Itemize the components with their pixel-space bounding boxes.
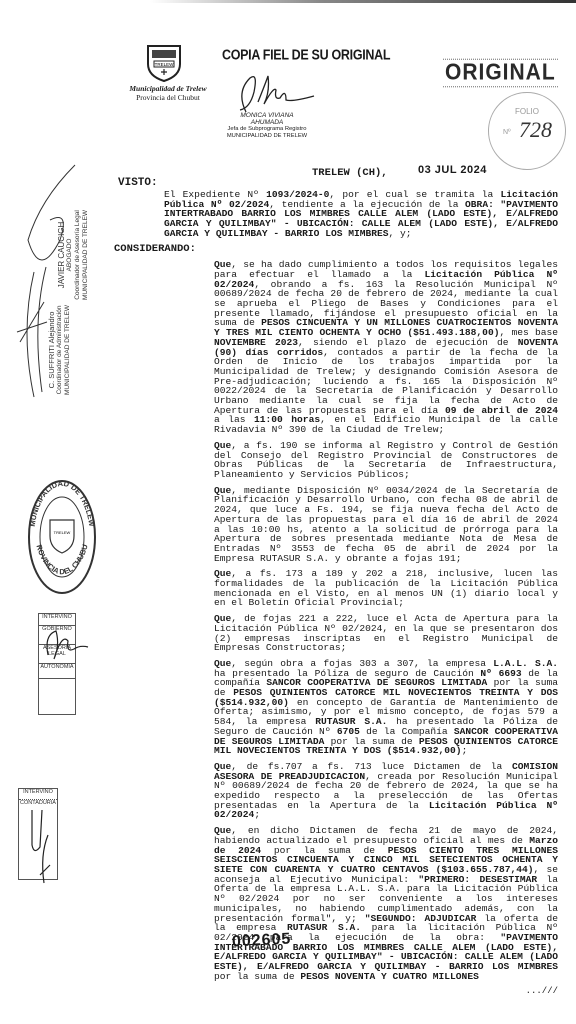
svg-text:MUNICIPALIDAD DE TRELEW: MUNICIPALIDAD DE TRELEW <box>28 479 97 528</box>
bold-text: PESOS NOVENTA Y CUATRO MILLONES <box>300 971 478 982</box>
folio-label: FOLIO <box>515 107 539 116</box>
signature-icon <box>228 72 318 116</box>
folio-number: 728 <box>519 117 552 143</box>
box1-row-4: AUTONOMIA <box>39 664 75 679</box>
considerando-paragraph: Que, de fojas 221 a 222, luce el Acta de… <box>114 614 558 653</box>
continuation-mark: .../// <box>114 987 558 997</box>
signer-role: Jefa de Subprograma Registro <box>226 126 308 133</box>
municipality-name: Municipalidad de Trelew <box>118 84 218 93</box>
signer-entity: MUNICIPALIDAD DE TRELEW <box>226 133 308 140</box>
considerando-paragraphs: Que, se ha dado cumplimiento a todos los… <box>114 260 558 981</box>
visto-paragraph: El Expediente Nº 1093/2024-0, por el cua… <box>114 190 558 239</box>
signer-name: MONICA VIVIANA AHUMADA <box>226 112 308 126</box>
text-run: ; <box>254 809 260 820</box>
admin-coordinator-role: Coordinador de Administración <box>56 305 64 395</box>
contaduria-signature-icon <box>20 805 60 885</box>
svg-text:TRELEW: TRELEW <box>54 530 71 535</box>
text-run: , y; <box>389 228 412 239</box>
considerando-paragraph: Que, se ha dado cumplimiento a todos los… <box>114 260 558 435</box>
considerando-paragraph: Que, según obra a fojas 303 a 307, la em… <box>114 659 558 756</box>
considerando-paragraph: Que, mediante Disposición Nº 0034/2024 d… <box>114 486 558 564</box>
admin-coordinator-entity: MUNICIPALIDAD DE TRELEW <box>64 305 72 395</box>
page-folio-number: 002605 <box>232 930 292 951</box>
certification-stamp: COPIA FIEL DE SU ORIGINAL <box>222 47 390 63</box>
legal-advisor-entity: MUNICIPALIDAD DE TRELEW <box>82 210 90 300</box>
text-run: , a fs. 173 a 189 y 202 a 218, inclusive… <box>214 568 558 608</box>
text-run: ; <box>462 745 468 756</box>
date-stamp: 03 JUL 2024 <box>418 164 487 176</box>
considerando-paragraph: Que, en dicho Dictamen de fecha 21 de ma… <box>114 826 558 981</box>
visto-heading: VISTO: <box>118 177 158 189</box>
folio-stamp: FOLIO Nº 728 <box>488 92 566 170</box>
text-run: , mediante Disposición Nº 0034/2024 de l… <box>214 485 558 564</box>
text-run: , en dicho Dictamen de fecha 21 de mayo … <box>214 825 558 846</box>
municipal-shield-icon: TRELEW <box>145 42 183 82</box>
municipality-header: Municipalidad de Trelew Provincia del Ch… <box>118 84 218 102</box>
text-run: , de fojas 221 a 222, luce el Acta de Ap… <box>214 613 558 653</box>
text-run: , a fs. 190 se informa al Registro y Con… <box>214 440 558 480</box>
box2-row-1: INTERVINO <box>19 789 57 800</box>
intervention-signature-icon <box>40 625 90 665</box>
svg-text:TRELEW: TRELEW <box>155 62 175 67</box>
admin-coordinator-signature-icon <box>12 262 52 402</box>
considerando-paragraph: Que, a fs. 190 se informa al Registro y … <box>114 441 558 480</box>
original-stamp: ORIGINAL <box>443 59 558 88</box>
folio-number-label: Nº <box>503 129 511 136</box>
municipal-round-seal-icon: MUNICIPALIDAD DE TRELEW PROVINCIA DEL CH… <box>26 478 98 596</box>
considerando-paragraph: Que, de fs.707 a fs. 713 luce Dictamen d… <box>114 762 558 820</box>
province-name: Provincia del Chubut <box>118 93 218 102</box>
document-body: El Expediente Nº 1093/2024-0, por el cua… <box>114 190 558 997</box>
text-run: por la suma de <box>214 971 300 982</box>
considerando-heading: CONSIDERANDO: <box>114 245 558 255</box>
signer-block: MONICA VIVIANA AHUMADA Jefa de Subprogra… <box>226 112 308 140</box>
scan-edge <box>150 0 576 3</box>
considerando-paragraph: Que, a fs. 173 a 189 y 202 a 218, inclus… <box>114 569 558 608</box>
place: TRELEW (CH), <box>312 167 388 179</box>
